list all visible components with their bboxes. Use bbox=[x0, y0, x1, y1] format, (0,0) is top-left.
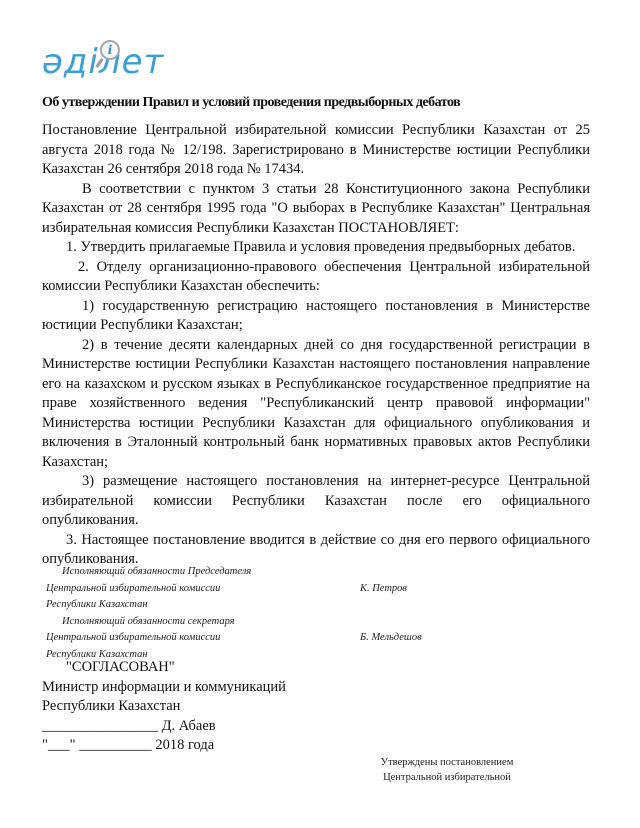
signature-2-name: Б. Мельдешов bbox=[360, 630, 422, 647]
signature-1-line3: Республики Казахстан bbox=[46, 597, 546, 614]
approved-by-line2: Центральной избирательной bbox=[362, 770, 532, 785]
adilet-logo[interactable]: әділет i bbox=[42, 40, 177, 84]
approval-block: "СОГЛАСОВАН" Министр информации и коммун… bbox=[42, 658, 286, 756]
signature-1-line2-text: Центральной избирательной комиссии bbox=[46, 583, 220, 594]
clause-1: 1. Утвердить прилагаемые Правила и услов… bbox=[42, 238, 590, 258]
approved-by-line1: Утверждены постановлением bbox=[362, 755, 532, 770]
signatures-block: Исполняющий обязанности Председателя Цен… bbox=[46, 564, 546, 663]
approved-by-block: Утверждены постановлением Центральной из… bbox=[362, 755, 532, 785]
signature-2-line2-text: Центральной избирательной комиссии bbox=[46, 632, 220, 643]
basis-paragraph: В соответствии с пунктом 3 статьи 28 Кон… bbox=[42, 180, 590, 239]
approval-line2: Республики Казахстан bbox=[42, 697, 286, 717]
subclause-1: 1) государственную регистрацию настоящег… bbox=[42, 297, 590, 336]
signature-1-line2: Центральной избирательной комиссии К. Пе… bbox=[46, 581, 546, 598]
signature-2-line2: Центральной избирательной комиссии Б. Ме… bbox=[46, 630, 546, 647]
approval-line1: Министр информации и коммуникаций bbox=[42, 678, 286, 698]
subclause-3: 3) размещение настоящего постановления н… bbox=[42, 472, 590, 531]
signature-2-line1: Исполняющий обязанности секретаря bbox=[46, 614, 546, 631]
document-title: Об утверждении Правил и условий проведен… bbox=[42, 95, 460, 111]
approval-signature-line: ________________ Д. Абаев bbox=[42, 717, 286, 737]
approval-date-line: "___" __________ 2018 года bbox=[42, 736, 286, 756]
clause-2: 2. Отделу организационно-правового обесп… bbox=[42, 258, 590, 297]
subclause-2: 2) в течение десяти календарных дней со … bbox=[42, 336, 590, 473]
magnifier-icon: i bbox=[100, 40, 120, 60]
preamble-paragraph: Постановление Центральной избирательной … bbox=[42, 121, 590, 180]
signature-1-name: К. Петров bbox=[360, 581, 407, 598]
signature-1-line1: Исполняющий обязанности Председателя bbox=[46, 564, 546, 581]
approval-heading: "СОГЛАСОВАН" bbox=[42, 658, 286, 678]
document-body: Постановление Центральной избирательной … bbox=[42, 121, 590, 570]
